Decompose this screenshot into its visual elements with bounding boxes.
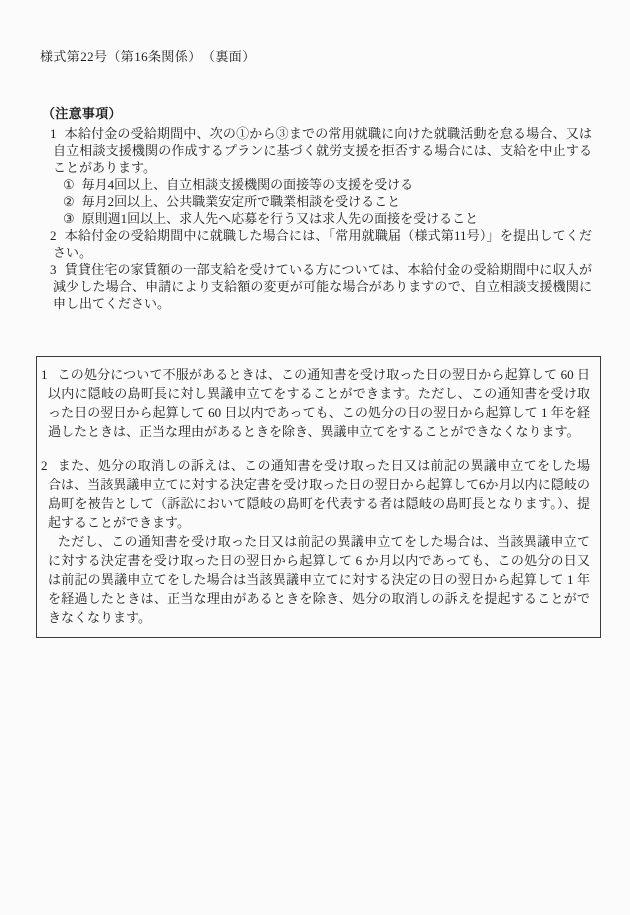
circled-number-2-marker: ②: [63, 194, 75, 209]
circled-number-1-marker: ①: [63, 177, 75, 192]
notes-heading: （注意事項）: [42, 105, 602, 122]
note-item-3: 3賃貸住宅の家賃額の一部支給を受けている方については、本給付金の受給期間中に収入…: [40, 261, 592, 312]
note-item-1: 1本給付金の受給期間中、次の①から③までの常用就職に向けた就職活動を怠る場合、又…: [40, 125, 592, 227]
note-item-text: 本給付金の受給期間中に就職した場合には、「常用就職届（様式第11号）」を提出して…: [53, 228, 592, 260]
document-page: 様式第22号（第16条関係） （裏面） （注意事項） 1本給付金の受給期間中、次…: [0, 0, 630, 915]
note-subitem-1: ①毎月4回以上、自立相談支援機関の面接等の支援を受ける: [53, 176, 592, 193]
document-body: { "colors": { "background": "#fbfbfb", "…: [0, 0, 630, 915]
notes-list: 1本給付金の受給期間中、次の①から③までの常用就職に向けた就職活動を怠る場合、又…: [40, 125, 592, 312]
note-subitem-text: 毎月2回以上、公共職業安定所で職業相談を受けること: [82, 194, 401, 209]
form-number-label: 様式第22号（第16条関係） （裏面）: [40, 49, 602, 65]
note-item-text: 賃貸住宅の家賃額の一部支給を受けている方については、本給付金の受給期間中に収入が…: [53, 262, 592, 311]
circled-number-3-marker: ③: [63, 211, 75, 226]
note-subitem-text: 原則週1回以上、求人先へ応募を行う又は求人先の面接を受けること: [82, 211, 479, 226]
note-item-text: 本給付金の受給期間中、次の①から③までの常用就職に向けた就職活動を怠る場合、又は…: [53, 126, 592, 175]
note-item-2: 2本給付金の受給期間中に就職した場合には、「常用就職届（様式第11号）」を提出し…: [40, 227, 592, 261]
appeal-item-text: また、処分の取消しの訴えは、この通知書を受け取った日又は前記の異議申立てをした場…: [48, 458, 590, 530]
note-subitem-2: ②毎月2回以上、公共職業安定所で職業相談を受けること: [53, 193, 592, 210]
note-subitem-3: ③原則週1回以上、求人先へ応募を行う又は求人先の面接を受けること: [53, 210, 592, 227]
appeal-item-continuation-paragraph: ただし、この通知書を受け取った日又は前記の異議申立てをした場合は、当該異議申立て…: [48, 532, 590, 627]
note-subitem-text: 毎月4回以上、自立相談支援機関の面接等の支援を受ける: [82, 177, 414, 192]
appeal-notice-box: 1この処分について不服があるときは、この通知書を受け取った日の翌日から起算して …: [36, 356, 601, 638]
appeal-item-number: 2: [41, 458, 48, 473]
appeal-item-number: 1: [41, 367, 48, 382]
note-item-number: 1: [50, 126, 57, 141]
notes-section: （注意事項） 1本給付金の受給期間中、次の①から③までの常用就職に向けた就職活動…: [40, 105, 602, 312]
appeal-item-1: 1この処分について不服があるときは、この通知書を受け取った日の翌日から起算して …: [41, 365, 590, 441]
appeal-item-text: この処分について不服があるときは、この通知書を受け取った日の翌日から起算して 6…: [48, 367, 590, 439]
note-item-number: 3: [50, 262, 57, 277]
note-item-number: 2: [50, 228, 57, 243]
appeal-item-2: 2また、処分の取消しの訴えは、この通知書を受け取った日又は前記の異議申立てをした…: [41, 456, 590, 627]
